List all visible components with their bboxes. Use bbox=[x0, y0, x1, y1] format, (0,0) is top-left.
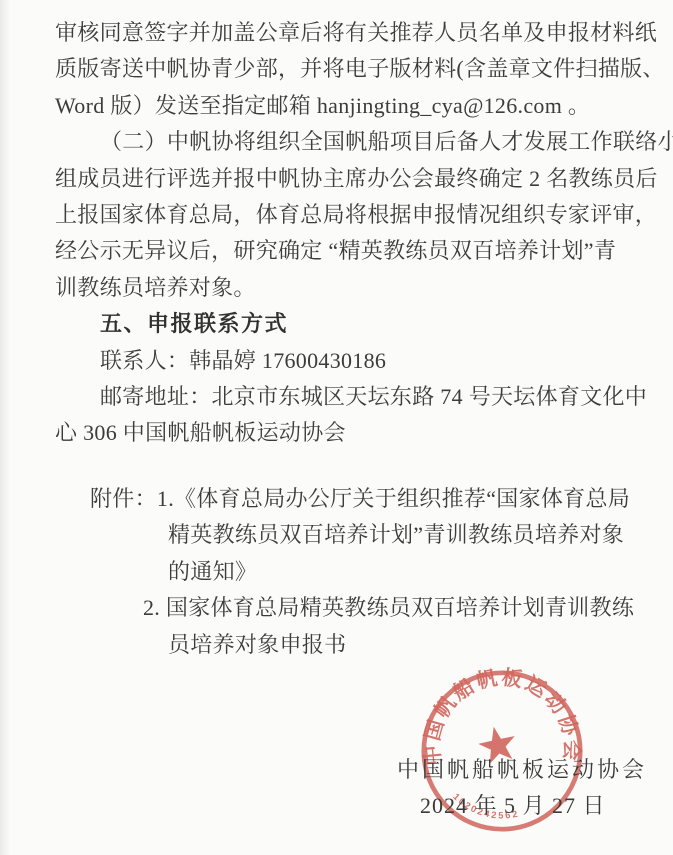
attachment-line: 2. 国家体育总局精英教练员双百培养计划青训教练 bbox=[55, 590, 623, 626]
attachment-line: 员培养对象申报书 bbox=[55, 627, 623, 663]
body-line: 审核同意签字并加盖公章后将有关推荐人员名单及申报材料纸 bbox=[55, 15, 623, 51]
body-line: 组成员进行评选并报中帆协主席办公会最终确定 2 名教练员后 bbox=[55, 161, 623, 197]
mailing-address-line: 邮寄地址：北京市东城区天坛东路 74 号天坛体育文化中 bbox=[55, 379, 623, 415]
body-line: 质版寄送中帆协青少部，并将电子版材料(含盖章文件扫描版、 bbox=[55, 51, 623, 87]
attachment-line: 的通知》 bbox=[55, 554, 623, 590]
signature-date: 2024 年 5 月 27 日 bbox=[420, 789, 606, 820]
body-line: 训教练员培养对象。 bbox=[55, 270, 623, 306]
body-line: 经公示无异议后，研究确定 “精英教练员双百培养计划”青 bbox=[55, 233, 623, 269]
body-line: Word 版）发送至指定邮箱 hanjingting_cya@126.com 。 bbox=[55, 88, 623, 124]
section-heading: 五、申报联系方式 bbox=[55, 306, 623, 342]
signature-organization: 中国帆船帆板运动协会 bbox=[397, 753, 647, 784]
document-page: 审核同意签字并加盖公章后将有关推荐人员名单及申报材料纸 质版寄送中帆协青少部，并… bbox=[0, 0, 673, 663]
body-line: 上报国家体育总局，体育总局将根据申报情况组织专家评审， bbox=[55, 197, 623, 233]
mailing-address-line: 心 306 中国帆船帆板运动协会 bbox=[55, 415, 623, 451]
attachment-line: 附件：1.《体育总局办公厅关于组织推荐“国家体育总局 bbox=[55, 481, 623, 517]
attachment-line: 精英教练员双百培养计划”青训教练员培养对象 bbox=[55, 517, 623, 553]
body-line: （二）中帆协将组织全国帆船项目后备人才发展工作联络小 bbox=[55, 124, 623, 160]
contact-person-line: 联系人：韩晶婷 17600430186 bbox=[55, 343, 623, 379]
